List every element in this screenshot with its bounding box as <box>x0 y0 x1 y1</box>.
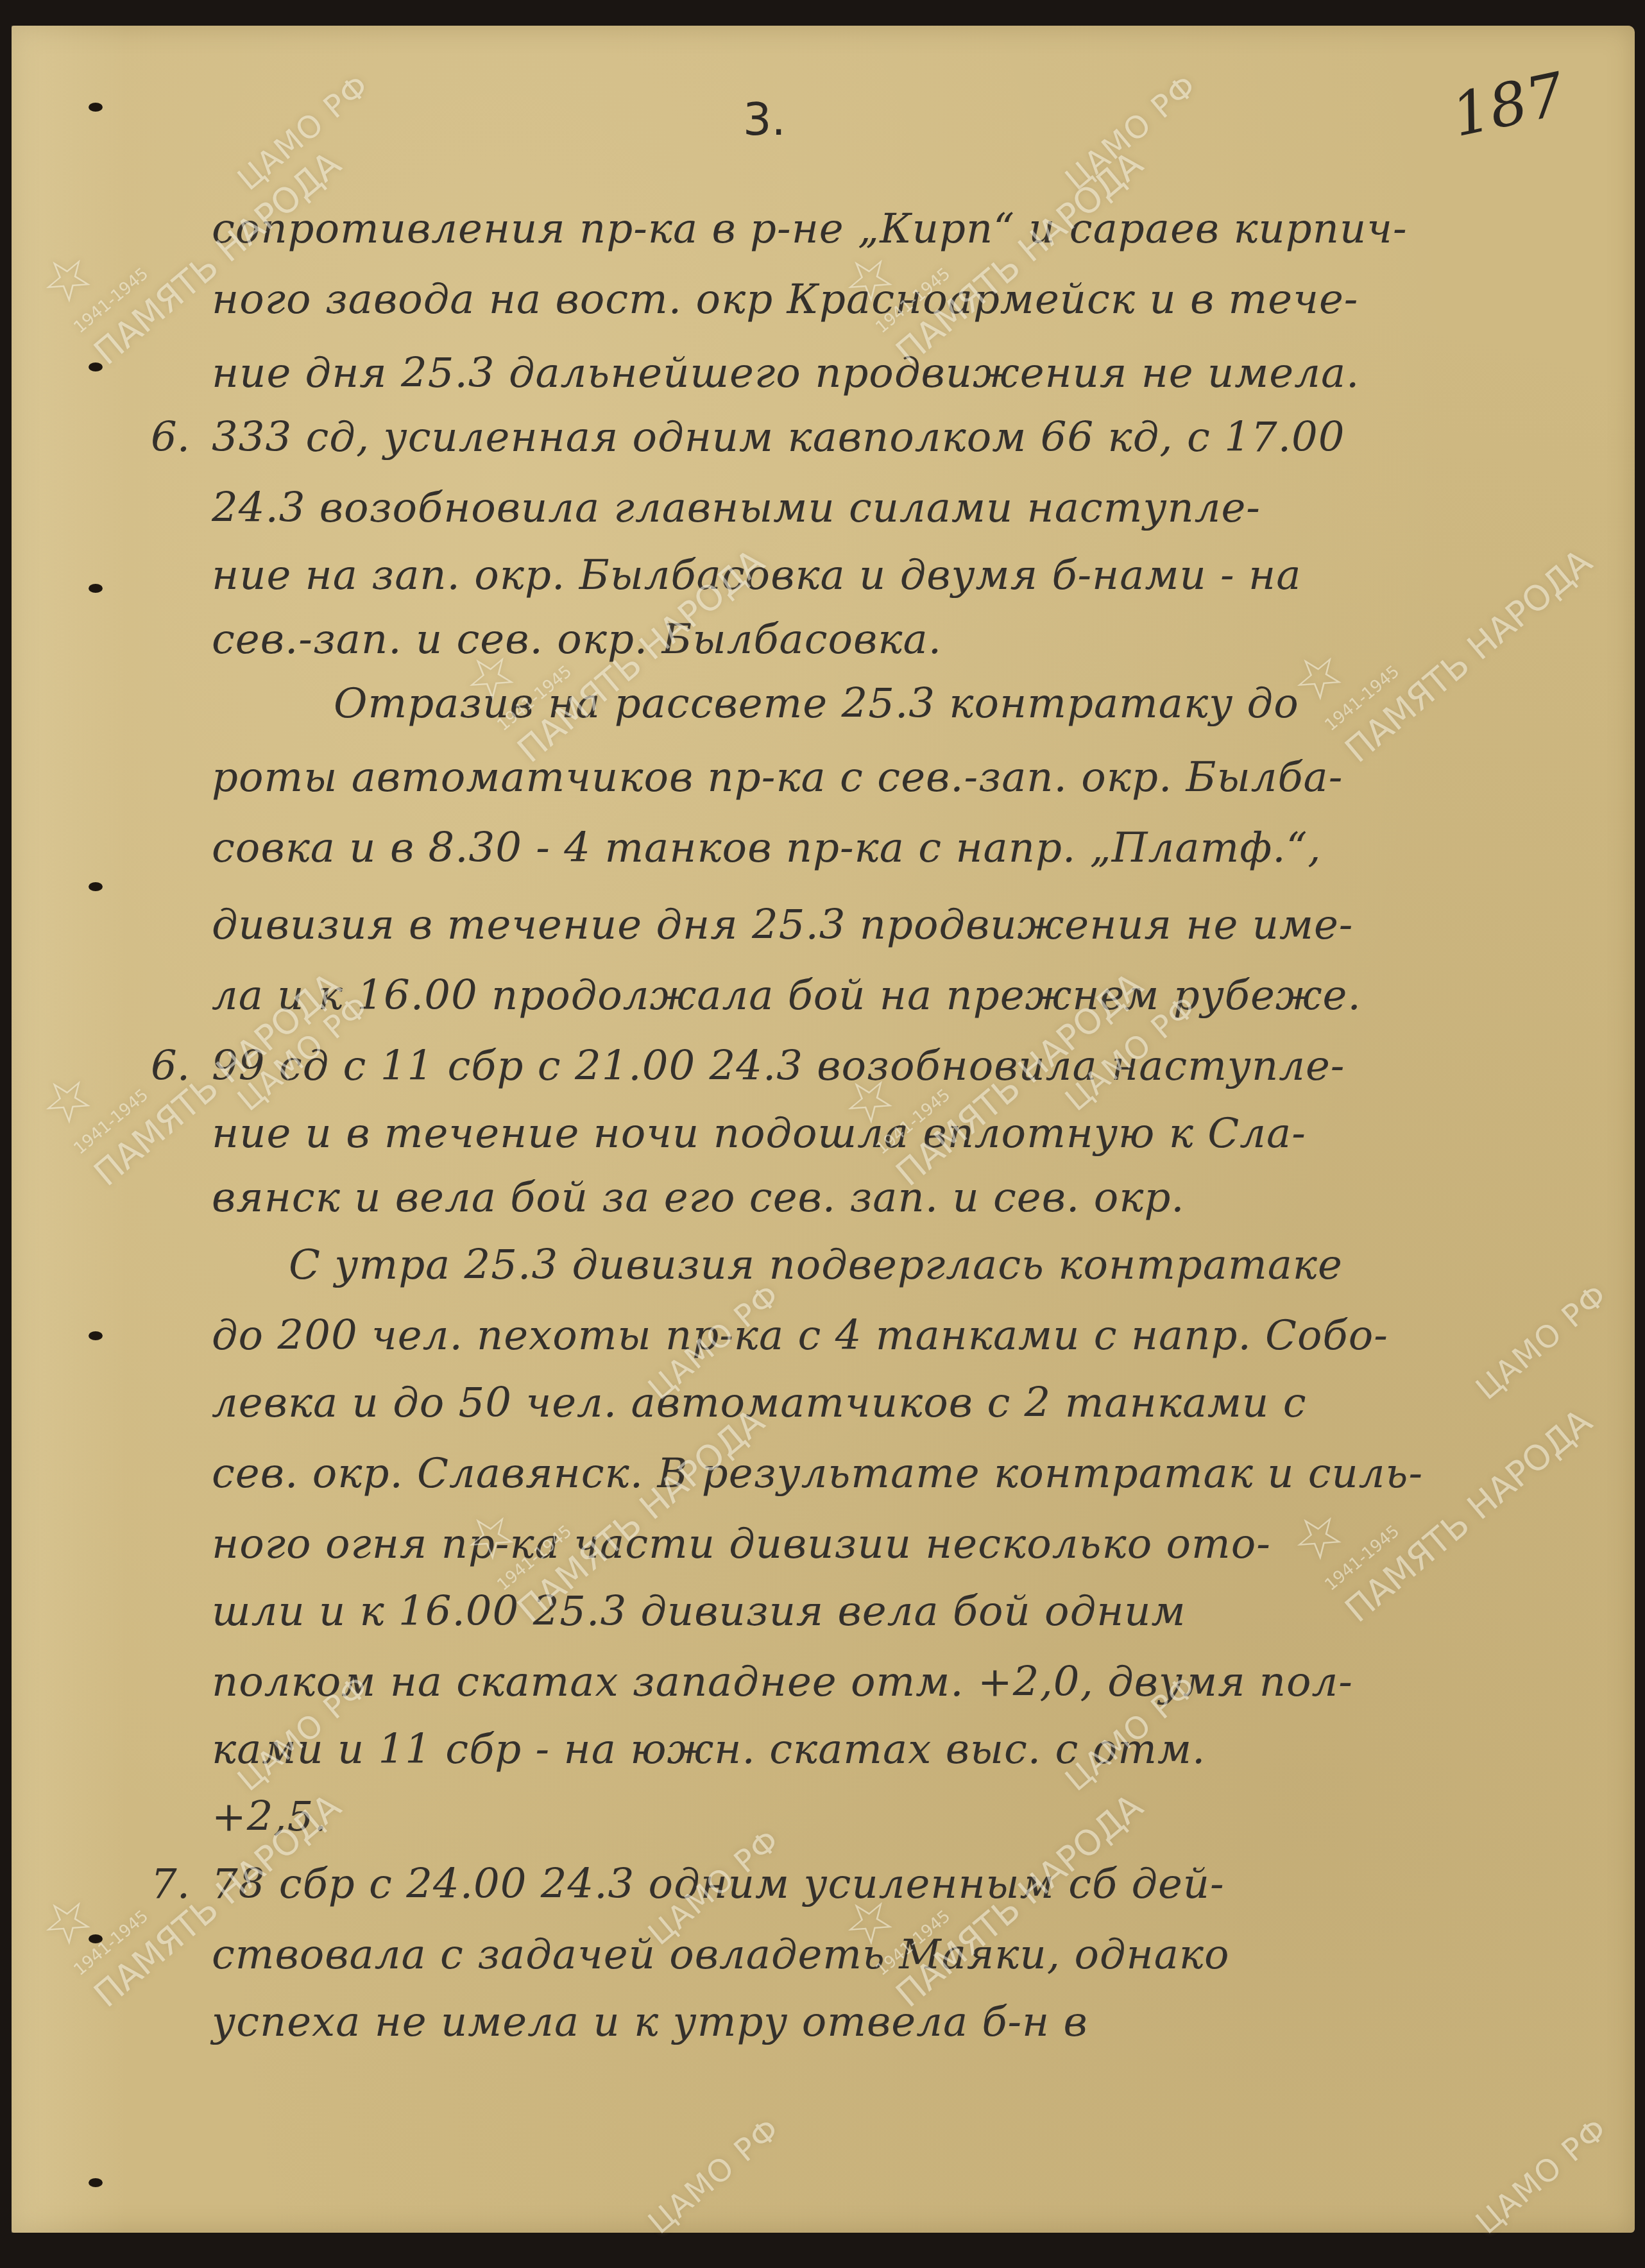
text-line: сев.-зап. и сев. окр. Былбасовка. <box>212 616 942 663</box>
text-line: дивизия в течение дня 25.3 продвижения н… <box>212 901 1353 949</box>
text-line: совка и в 8.30 - 4 танков пр-ка с напр. … <box>212 824 1322 872</box>
text-line: 24.3 возобновила главными силами наступл… <box>212 484 1261 532</box>
binding-hole <box>89 882 103 891</box>
text-line: +2,5. <box>212 1793 328 1841</box>
binding-hole <box>89 584 103 593</box>
binding-hole <box>89 1331 103 1340</box>
text-line: успеха не имела и к утру отвела б-н в <box>212 1999 1088 2046</box>
text-line: ствовала с задачей овладеть Маяки, однак… <box>212 1931 1230 1979</box>
text-line: 99 сд с 11 сбр с 21.00 24.3 возобновила … <box>212 1043 1345 1090</box>
text-line: шли и к 16.00 25.3 дивизия вела бой одни… <box>212 1588 1186 1635</box>
text-line: полком на скатах западнее отм. +2,0, дву… <box>212 1658 1353 1706</box>
item-number: 7. <box>151 1861 190 1908</box>
text-line: до 200 чел. пехоты пр-ка с 4 танками с н… <box>212 1312 1388 1360</box>
binding-hole <box>89 362 103 371</box>
text-line: 78 сбр с 24.00 24.3 одним усиленным сб д… <box>212 1861 1225 1908</box>
text-line: ние дня 25.3 дальнейшего продвижения не … <box>212 350 1359 397</box>
text-line: Отразив на рассвете 25.3 контратаку до <box>334 680 1299 728</box>
text-line: вянск и вела бой за его сев. зап. и сев.… <box>212 1174 1185 1222</box>
text-line: сев. окр. Славянск. В результате контрат… <box>212 1450 1423 1497</box>
text-line: 333 сд, усиленная одним кавполком 66 кд,… <box>212 414 1345 461</box>
binding-hole <box>89 2178 103 2187</box>
text-line: ками и 11 сбр - на южн. скатах выс. с от… <box>212 1726 1206 1773</box>
text-line: левка и до 50 чел. автоматчиков с 2 танк… <box>212 1379 1307 1427</box>
text-line: ние на зап. окр. Былбасовка и двумя б-на… <box>212 552 1301 599</box>
page-number: 3. <box>743 93 786 146</box>
text-line: роты автоматчиков пр-ка с сев.-зап. окр.… <box>212 754 1343 801</box>
binding-hole <box>89 103 103 112</box>
text-line: ние и в течение ночи подошла вплотную к … <box>212 1110 1306 1157</box>
item-number: 6. <box>151 414 190 461</box>
folio-number: 187 <box>1446 60 1571 150</box>
text-line: сопротивления пр-ка в р-не „Кирп“ и сара… <box>212 205 1408 253</box>
text-line: ного завода на вост. окр Красноармейск и… <box>212 276 1358 323</box>
text-line: С утра 25.3 дивизия подверглась контрата… <box>289 1241 1343 1289</box>
page-fold-shading <box>12 26 140 2233</box>
binding-hole <box>89 1934 103 1943</box>
item-number: 6. <box>151 1043 190 1090</box>
text-line: ного огня пр-ка части дивизии несколько … <box>212 1521 1271 1568</box>
text-line: ла и к 16.00 продолжала бой на прежнем р… <box>212 972 1361 1019</box>
